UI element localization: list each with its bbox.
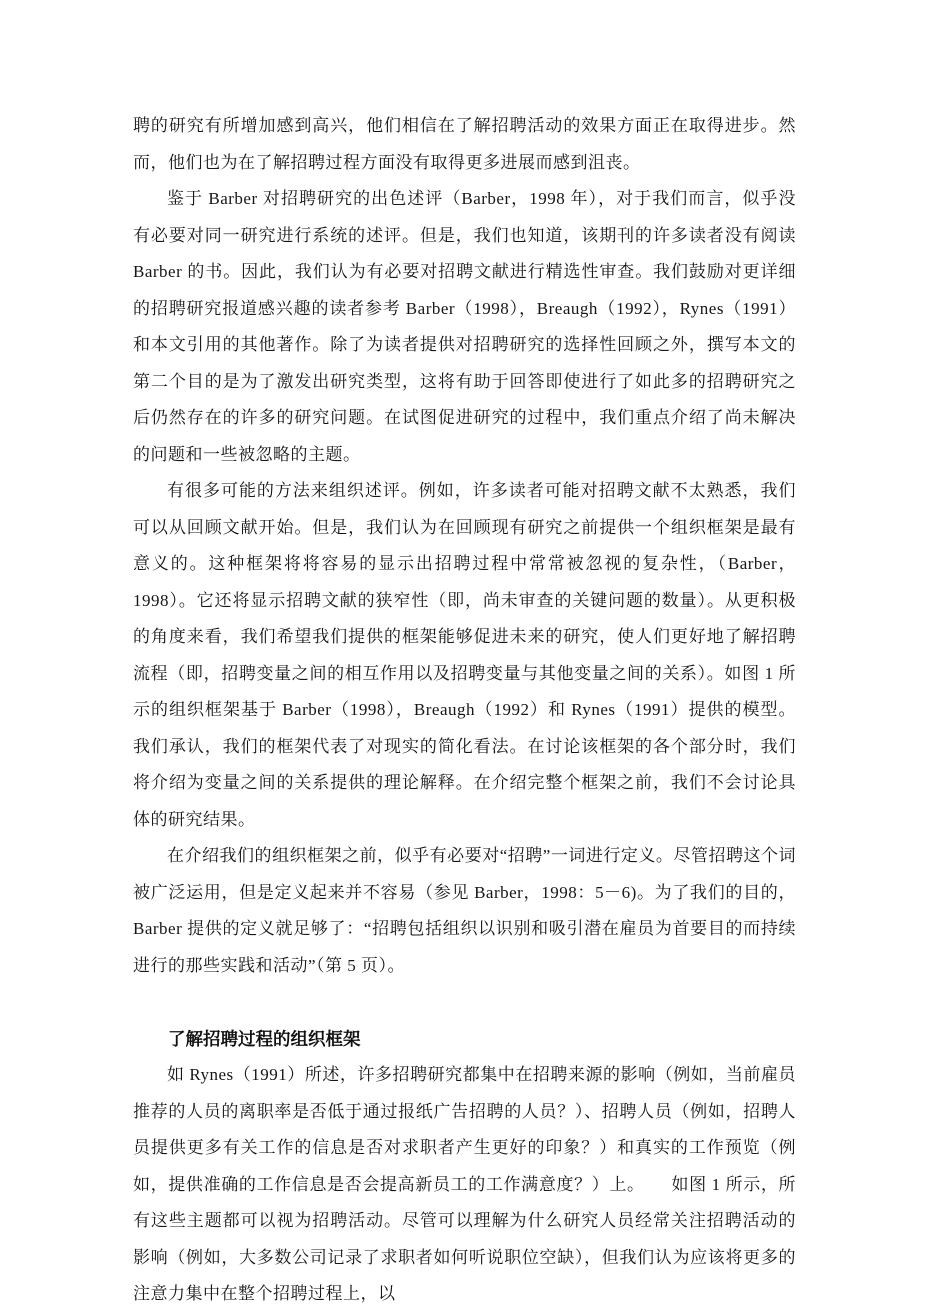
section-heading: 了解招聘过程的组织框架	[133, 1021, 796, 1058]
paragraph-rynes-topics: 如 Rynes（1991）所述，许多招聘研究都集中在招聘来源的影响（例如，当前雇…	[133, 1057, 796, 1309]
paragraph-review-rationale: 鉴于 Barber 对招聘研究的出色述评（Barber，1998 年），对于我们…	[133, 181, 796, 473]
document-page: 聘的研究有所增加感到高兴，他们相信在了解招聘活动的效果方面正在取得进步。然而，他…	[0, 0, 926, 1309]
paragraph-continuation: 聘的研究有所增加感到高兴，他们相信在了解招聘活动的效果方面正在取得进步。然而，他…	[133, 108, 796, 181]
paragraph-organizing-framework: 有很多可能的方法来组织述评。例如，许多读者可能对招聘文献不太熟悉，我们可以从回顾…	[133, 473, 796, 838]
document-text-block: 聘的研究有所增加感到高兴，他们相信在了解招聘活动的效果方面正在取得进步。然而，他…	[133, 108, 796, 1309]
paragraph-recruitment-definition: 在介绍我们的组织框架之前，似乎有必要对“招聘”一词进行定义。尽管招聘这个词被广泛…	[133, 838, 796, 984]
